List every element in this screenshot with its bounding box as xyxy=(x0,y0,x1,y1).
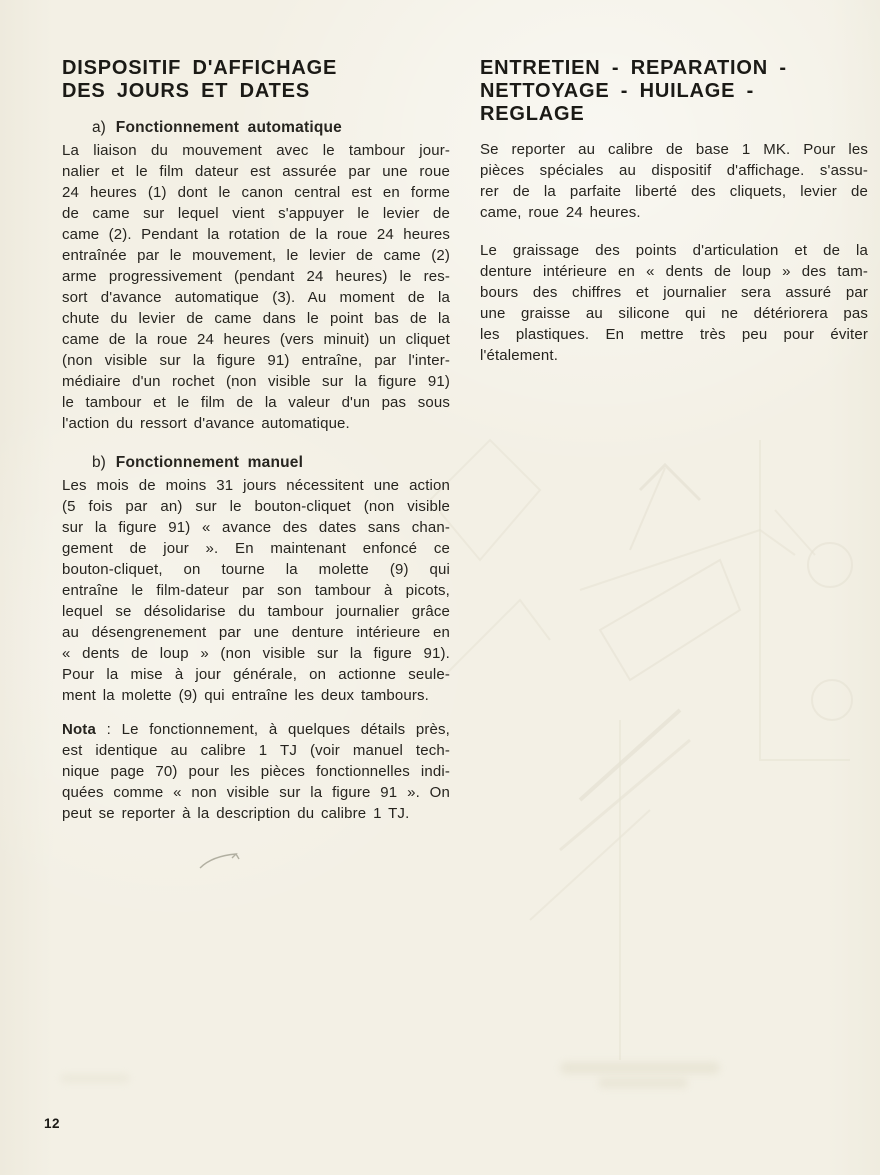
text-line: arme progressivement (pendant 24 heures)… xyxy=(62,266,450,287)
section-b-label: b) xyxy=(92,454,106,471)
section-b-heading: b)Fonctionnement manuel xyxy=(62,452,450,473)
text-line: Le graissage des points d'articulation e… xyxy=(480,240,868,261)
nota-first-line-text: : Le fonctionnement, à quelques détails … xyxy=(96,721,450,738)
section-a-heading: a)Fonctionnement automatique xyxy=(62,117,450,138)
nota-lines: est identique au calibre 1 TJ (voir manu… xyxy=(62,740,450,824)
text-line: bouton-cliquet, on tourne la molette (9)… xyxy=(62,559,450,580)
title-line: DISPOSITIF D'AFFICHAGE xyxy=(62,57,450,80)
text-line: peut se reporter à la description du cal… xyxy=(62,803,450,824)
section-a-paragraph: La liaison du mouvement avec le tambour … xyxy=(62,140,450,434)
text-line: lequel se désolidarise du tambour journa… xyxy=(62,601,450,622)
text-line: le tambour et le film de la valeur d'un … xyxy=(62,392,450,413)
text-line: denture intérieure en « dents de loup » … xyxy=(480,261,868,282)
text-line: 24 heures (1) dont le canon central est … xyxy=(62,182,450,203)
text-line: rer de la parfaite liberté des cliquets,… xyxy=(480,181,868,202)
section-b-title: Fonctionnement manuel xyxy=(116,454,303,471)
text-line: « dents de loup » (non visible sur la fi… xyxy=(62,643,450,664)
text-line: gement de jour ». En maintenant enfoncé … xyxy=(62,538,450,559)
text-line: sur la figure 91) « avance des dates san… xyxy=(62,517,450,538)
section-a-title: Fonctionnement automatique xyxy=(116,119,342,136)
text-line: l'étalement. xyxy=(480,345,868,366)
text-line: Les mois de moins 31 jours nécessitent u… xyxy=(62,475,450,496)
text-line: (non visible sur la figure 91) entraîne,… xyxy=(62,350,450,371)
ink-smudge xyxy=(60,1074,130,1083)
nota-label: Nota xyxy=(62,721,96,738)
text-line: Pour la mise à jour générale, on actionn… xyxy=(62,664,450,685)
text-line: médiaire d'un rochet (non visible sur la… xyxy=(62,371,450,392)
right-column: ENTRETIEN - REPARATION - NETTOYAGE - HUI… xyxy=(480,57,868,366)
maintenance-paragraph-2: Le graissage des points d'articulation e… xyxy=(480,240,868,366)
title-line: DES JOURS ET DATES xyxy=(62,80,450,103)
pen-mark xyxy=(192,842,272,878)
text-line: au désengrenement par une denture intéri… xyxy=(62,622,450,643)
left-column: DISPOSITIF D'AFFICHAGE DES JOURS ET DATE… xyxy=(62,57,450,824)
text-line: les plastiques. En mettre très peu pour … xyxy=(480,324,868,345)
page-number: 12 xyxy=(44,1116,60,1131)
text-line: came de la roue 24 heures (vers minuit) … xyxy=(62,329,450,350)
title-line: ENTRETIEN - REPARATION - xyxy=(480,57,868,80)
section-b-paragraph: Les mois de moins 31 jours nécessitent u… xyxy=(62,475,450,706)
left-column-title: DISPOSITIF D'AFFICHAGE DES JOURS ET DATE… xyxy=(62,57,450,103)
text-line: entraînée par le mouvement, le levier de… xyxy=(62,245,450,266)
ink-smudge xyxy=(598,1078,688,1088)
scanned-manual-page: DISPOSITIF D'AFFICHAGE DES JOURS ET DATE… xyxy=(0,0,880,1175)
title-line: NETTOYAGE - HUILAGE - REGLAGE xyxy=(480,80,868,126)
text-line: sort d'avance automatique (3). Au moment… xyxy=(62,287,450,308)
text-line: de came sur lequel vient s'appuyer le le… xyxy=(62,203,450,224)
text-line: chute du levier de came dans le point ba… xyxy=(62,308,450,329)
text-line: (5 fois par an) sur le bouton-cliquet (n… xyxy=(62,496,450,517)
text-line: Se reporter au calibre de base 1 MK. Pou… xyxy=(480,139,868,160)
nota-paragraph: Nota : Le fonctionnement, à quelques dét… xyxy=(62,719,450,824)
right-column-title: ENTRETIEN - REPARATION - NETTOYAGE - HUI… xyxy=(480,57,868,126)
text-line: nalier et le film dateur est assurée par… xyxy=(62,161,450,182)
text-line: entraîne le film-dateur par son tambour … xyxy=(62,580,450,601)
text-line: ment la molette (9) qui entraîne les deu… xyxy=(62,685,450,706)
text-line: est identique au calibre 1 TJ (voir manu… xyxy=(62,740,450,761)
text-line: nique page 70) pour les pièces fonctionn… xyxy=(62,761,450,782)
nota-first-line: Nota : Le fonctionnement, à quelques dét… xyxy=(62,719,450,740)
text-line: bours des chiffres et journalier sera as… xyxy=(480,282,868,303)
diagram-showthrough-artifact xyxy=(430,380,880,1100)
text-line: came (2). Pendant la rotation de la roue… xyxy=(62,224,450,245)
text-line: La liaison du mouvement avec le tambour … xyxy=(62,140,450,161)
section-a-label: a) xyxy=(92,119,106,136)
text-line: pièces spéciales au dispositif d'afficha… xyxy=(480,160,868,181)
text-line: came, roue 24 heures. xyxy=(480,202,868,223)
ink-smudge xyxy=(560,1062,720,1074)
text-line: l'action du ressort d'avance automatique… xyxy=(62,413,450,434)
text-line: quées comme « non visible sur la figure … xyxy=(62,782,450,803)
maintenance-paragraph-1: Se reporter au calibre de base 1 MK. Pou… xyxy=(480,139,868,223)
text-line: une graisse au silicone qui ne détériore… xyxy=(480,303,868,324)
